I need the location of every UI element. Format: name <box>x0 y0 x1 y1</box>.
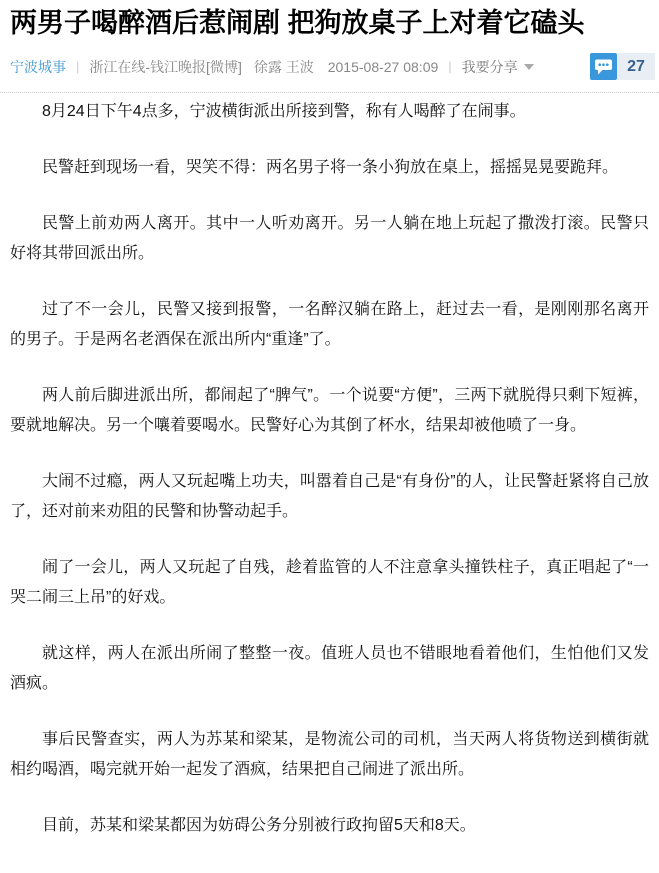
article-paragraph: 目前，苏某和梁某都因为妨碍公务分别被行政拘留5天和8天。 <box>10 811 649 841</box>
article-paragraph: 大闹不过瘾，两人又玩起嘴上功夫，叫嚣着自己是“有身份”的人，让民警赶紧将自己放了… <box>10 467 649 527</box>
article-meta-bar: 宁波城事 | 浙江在线-钱江晚报[微博] 徐露 王波 2015-08-27 08… <box>0 49 659 93</box>
page-title: 两男子喝醉酒后惹闹剧 把狗放桌子上对着它磕头 <box>0 0 659 49</box>
share-dropdown[interactable]: 我要分享 <box>462 57 534 77</box>
comment-bubble-icon <box>590 53 617 80</box>
meta-separator: | <box>448 59 451 74</box>
article-paragraph: 民警赶到现场一看，哭笑不得：两名男子将一条小狗放在桌上，摇摇晃晃要跪拜。 <box>10 153 649 183</box>
comment-count: 27 <box>617 53 655 80</box>
article-paragraph: 闹了一会儿，两人又玩起了自残，趁着监管的人不注意拿头撞铁柱子，真正唱起了“一哭二… <box>10 553 649 613</box>
meta-left-group: 宁波城事 | 浙江在线-钱江晚报[微博] 徐露 王波 2015-08-27 08… <box>10 57 590 77</box>
article-paragraph: 就这样，两人在派出所闹了整整一夜。值班人员也不错眼地看着他们，生怕他们又发酒疯。 <box>10 639 649 699</box>
share-label: 我要分享 <box>462 57 518 77</box>
article-paragraph: 两人前后脚进派出所，都闹起了“脾气”。一个说要“方便”，三两下就脱得只剩下短裤，… <box>10 381 649 441</box>
article-authors: 徐露 王波 <box>254 57 314 77</box>
meta-separator: | <box>76 59 79 74</box>
article-paragraph: 事后民警查实，两人为苏某和梁某，是物流公司的司机，当天两人将货物送到横街就相约喝… <box>10 725 649 785</box>
article-source: 浙江在线-钱江晚报[微博] <box>89 57 241 77</box>
article-body: 8月24日下午4点多，宁波横街派出所接到警，称有人喝醉了在闹事。 民警赶到现场一… <box>0 93 659 873</box>
article-datetime: 2015-08-27 08:09 <box>328 59 439 75</box>
news-article-page: 两男子喝醉酒后惹闹剧 把狗放桌子上对着它磕头 宁波城事 | 浙江在线-钱江晚报[… <box>0 0 659 873</box>
category-link[interactable]: 宁波城事 <box>10 57 66 77</box>
comment-count-widget[interactable]: 27 <box>590 53 655 80</box>
caret-down-icon <box>524 64 534 70</box>
article-paragraph: 过了不一会儿，民警又接到报警，一名醉汉躺在路上，赶过去一看，是刚刚那名离开的男子… <box>10 295 649 355</box>
article-paragraph: 民警上前劝两人离开。其中一人听劝离开。另一人躺在地上玩起了撒泼打滚。民警只好将其… <box>10 209 649 269</box>
article-paragraph: 8月24日下午4点多，宁波横街派出所接到警，称有人喝醉了在闹事。 <box>10 97 649 127</box>
